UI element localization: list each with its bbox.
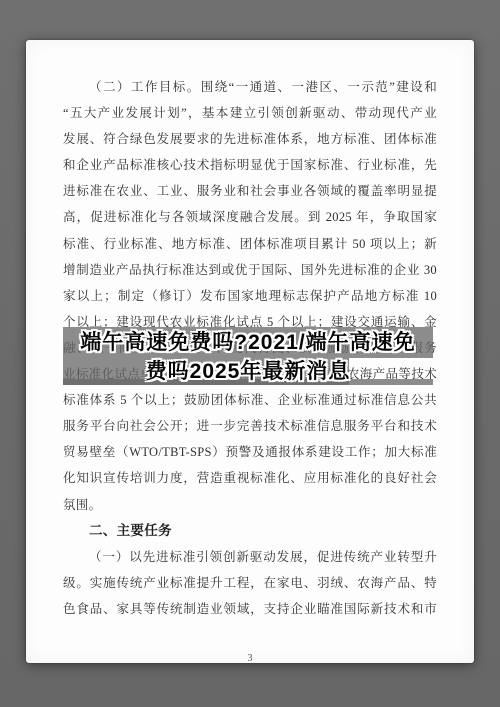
- doc-line: 进标准在农业、工业、服务业和社会事业各领域的覆盖率明显提: [63, 178, 437, 204]
- document-page: （二）工作目标。围绕“一通道、一港区、一示范”建设和 “五大产业发展计划”，基本…: [26, 40, 474, 663]
- overlay-title-line2: 费吗2025年最新消息: [63, 358, 433, 385]
- doc-line: 和企业产品标准核心技术指标明显优于国家标准、行业标准，先: [63, 152, 437, 178]
- photo-frame-background: （二）工作目标。围绕“一通道、一港区、一示范”建设和 “五大产业发展计划”，基本…: [0, 0, 500, 707]
- page-number: 3: [26, 652, 474, 666]
- doc-line: 级。实施传统产业标准提升工程，在家电、羽绒、农海产品、特: [63, 570, 437, 596]
- doc-line: 发展、符合绿色发展要求的先进标准体系，地方标准、团体标准: [63, 126, 437, 152]
- doc-line: 氛围。: [63, 492, 437, 518]
- doc-line: 贸易壁垒（WTO/TBT-SPS）预警及通报体系建设工作；加大标准: [63, 439, 437, 465]
- doc-line: “五大产业发展计划”，基本建立引领创新驱动、带动现代产业: [63, 100, 437, 126]
- doc-line: 服务平台向社会公开；进一步完善技术标准信息服务平台和技术: [63, 413, 437, 439]
- doc-line: 色食品、家具等传统制造业领域，支持企业瞄准国际新技术和市: [63, 596, 437, 622]
- overlay-title-line1: 端午高速免费吗?2021/端午高速免: [63, 327, 433, 358]
- doc-line: 高，促进标准化与各领域深度融合发展。到 2025 年，争取国家: [63, 204, 437, 230]
- doc-line: 家以上；制定（修订）发布国家地理标志保护产品地方标准 10: [63, 283, 437, 309]
- doc-line: 增制造业产品执行标准达到或优于国际、国外先进标准的企业 30: [63, 257, 437, 283]
- doc-line: 标准体系 5 个以上；鼓励团体标准、企业标准通过标准信息公共: [63, 387, 437, 413]
- doc-line: （二）工作目标。围绕“一通道、一港区、一示范”建设和: [63, 74, 437, 100]
- doc-line: 化知识宣传培训力度，营造重视标准化、应用标准化的良好社会: [63, 465, 437, 491]
- doc-line: 标准、行业标准、地方标准、团体标准项目累计 50 项以上；新: [63, 231, 437, 257]
- section-heading: 二、主要任务: [63, 518, 437, 544]
- doc-line: （一）以先进标准引领创新驱动发展，促进传统产业转型升: [63, 544, 437, 570]
